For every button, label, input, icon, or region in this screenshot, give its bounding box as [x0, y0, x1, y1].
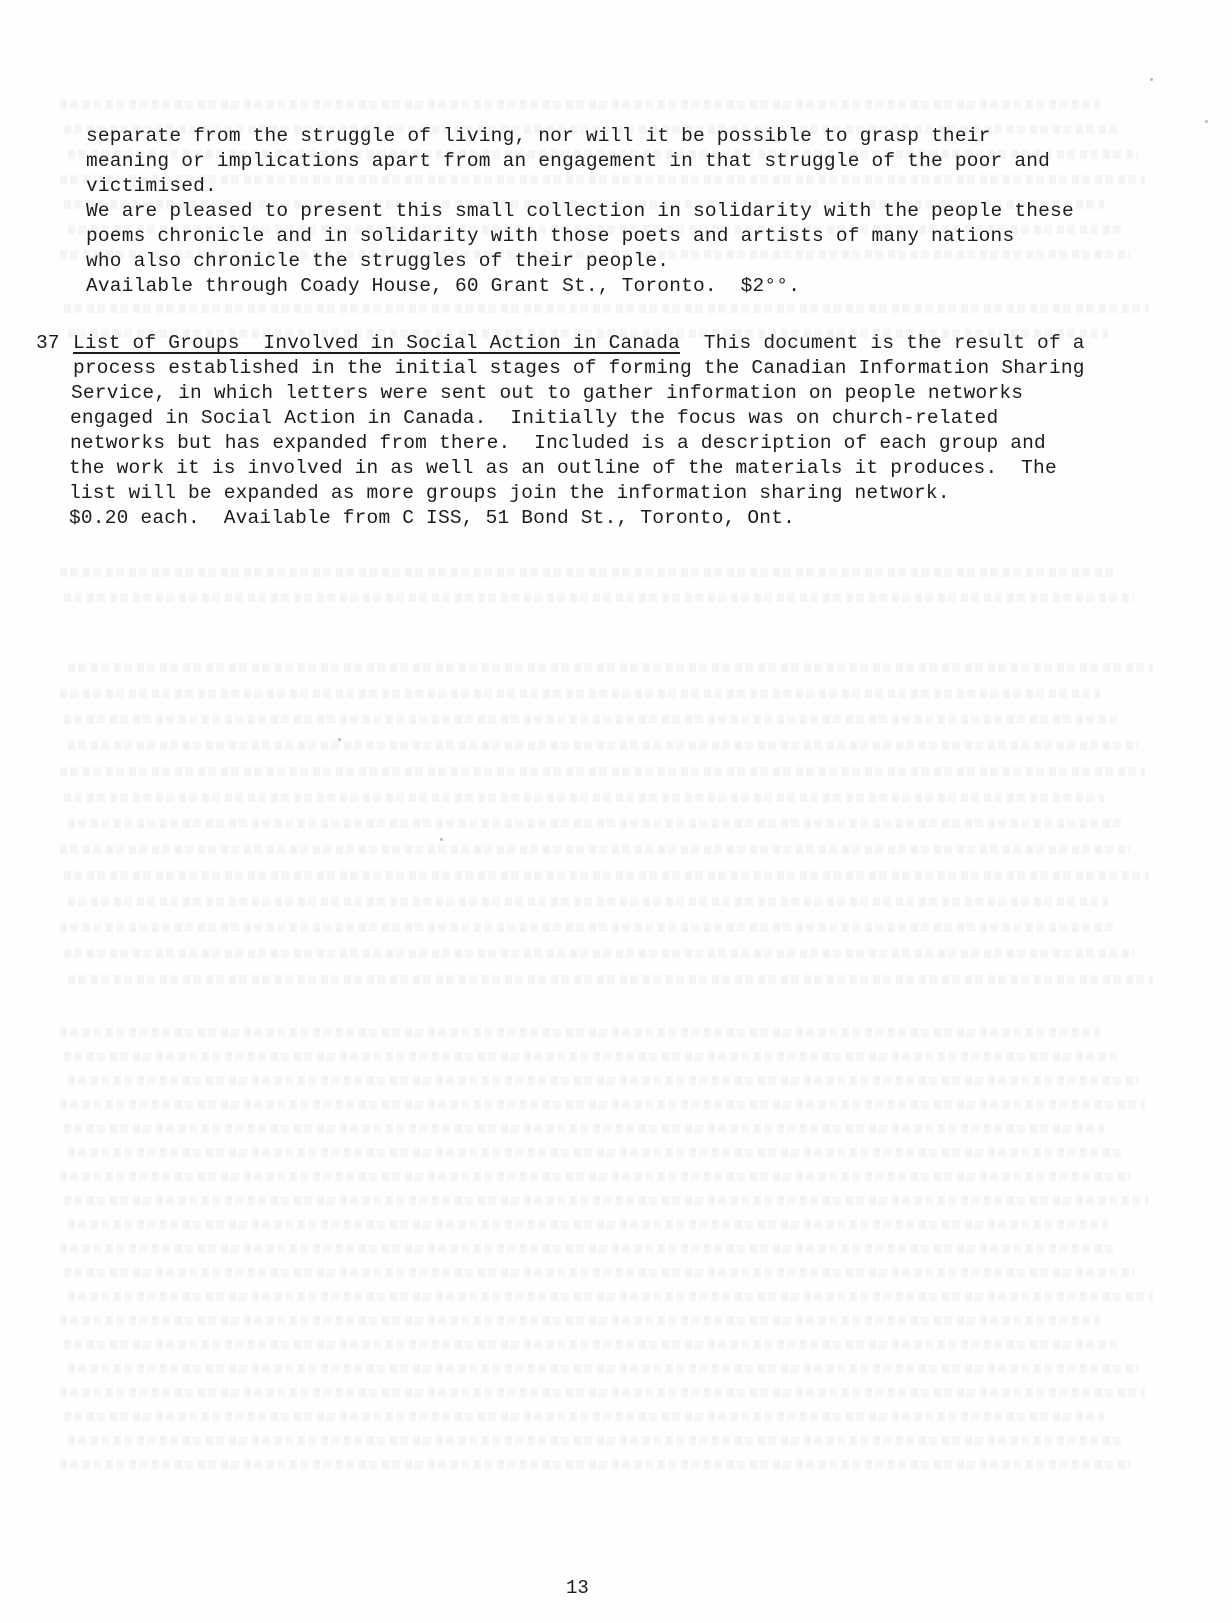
- bleed-through-band: [68, 1076, 1138, 1085]
- bleed-through-band: [60, 1316, 1100, 1325]
- paper-speck: [440, 838, 443, 841]
- text-line: process established in the initial stage…: [73, 356, 1085, 380]
- bleed-through-band: [64, 793, 1104, 802]
- bleed-through-band: [60, 1388, 1145, 1397]
- bleed-through-band: [64, 1412, 1104, 1421]
- bleed-through-band: [60, 689, 1100, 698]
- bleed-through-band: [60, 175, 1145, 184]
- bleed-through-band: [60, 923, 1115, 932]
- paper-speck: [338, 738, 341, 741]
- price-availability-line: $0.20 each. Available from C ISS, 51 Bon…: [69, 506, 795, 530]
- bleed-through-band: [68, 663, 1153, 672]
- bleed-through-band: [64, 1052, 1119, 1061]
- bleed-through-band: [60, 1028, 1100, 1037]
- bleed-through-band: [64, 1196, 1149, 1205]
- bleed-through-band: [60, 568, 1115, 577]
- bleed-through-band: [60, 1244, 1115, 1253]
- bleed-through-band: [68, 1364, 1138, 1373]
- document-page: separate from the struggle of living, no…: [0, 0, 1232, 1623]
- bleed-through-band: [64, 1268, 1134, 1277]
- bleed-through-band: [64, 1340, 1119, 1349]
- entry-first-line: List of Groups Involved in Social Action…: [73, 331, 1085, 355]
- text-line: separate from the struggle of living, no…: [86, 124, 991, 148]
- bleed-through-band: [68, 1292, 1153, 1301]
- text-line: who also chronicle the struggles of thei…: [86, 249, 669, 273]
- bleed-through-band: [64, 304, 1149, 313]
- text-line: list will be expanded as more groups joi…: [69, 481, 950, 505]
- bleed-through-band: [60, 1460, 1130, 1469]
- text-line: poems chronicle and in solidarity with t…: [86, 224, 1014, 248]
- entry-first-line-rest: This document is the result of a: [680, 332, 1085, 354]
- text-line: Service, in which letters were sent out …: [71, 381, 1023, 405]
- bleed-through-band: [68, 975, 1153, 984]
- bleed-through-band: [60, 100, 1100, 109]
- availability-line: Available through Coady House, 60 Grant …: [86, 274, 800, 298]
- entry-number: 37: [36, 331, 59, 355]
- text-line: We are pleased to present this small col…: [86, 199, 1074, 223]
- bleed-through-band: [60, 845, 1130, 854]
- bleed-through-band: [64, 871, 1149, 880]
- bleed-through-band: [60, 1100, 1145, 1109]
- bleed-through-band: [60, 1172, 1130, 1181]
- bleed-through-band: [68, 1148, 1123, 1157]
- bleed-through-band: [68, 1436, 1123, 1445]
- page-number: 13: [566, 1576, 589, 1600]
- bleed-through-band: [60, 767, 1145, 776]
- text-line: victimised.: [86, 174, 217, 198]
- bleed-through-band: [68, 741, 1138, 750]
- bleed-through-band: [64, 1124, 1104, 1133]
- bleed-through-band: [64, 715, 1119, 724]
- bleed-through-band: [68, 897, 1108, 906]
- bleed-through-band: [64, 949, 1134, 958]
- text-line: networks but has expanded from there. In…: [70, 431, 1046, 455]
- entry-title: List of Groups Involved in Social Action…: [73, 332, 680, 354]
- text-line: meaning or implications apart from an en…: [86, 149, 1050, 173]
- paper-speck: [1205, 120, 1208, 123]
- bleed-through-band: [64, 593, 1134, 602]
- bleed-through-band: [68, 819, 1123, 828]
- bleed-through-band: [68, 1220, 1108, 1229]
- text-line: engaged in Social Action in Canada. Init…: [70, 406, 998, 430]
- paper-speck: [1150, 78, 1153, 81]
- text-line: the work it is involved in as well as an…: [69, 456, 1057, 480]
